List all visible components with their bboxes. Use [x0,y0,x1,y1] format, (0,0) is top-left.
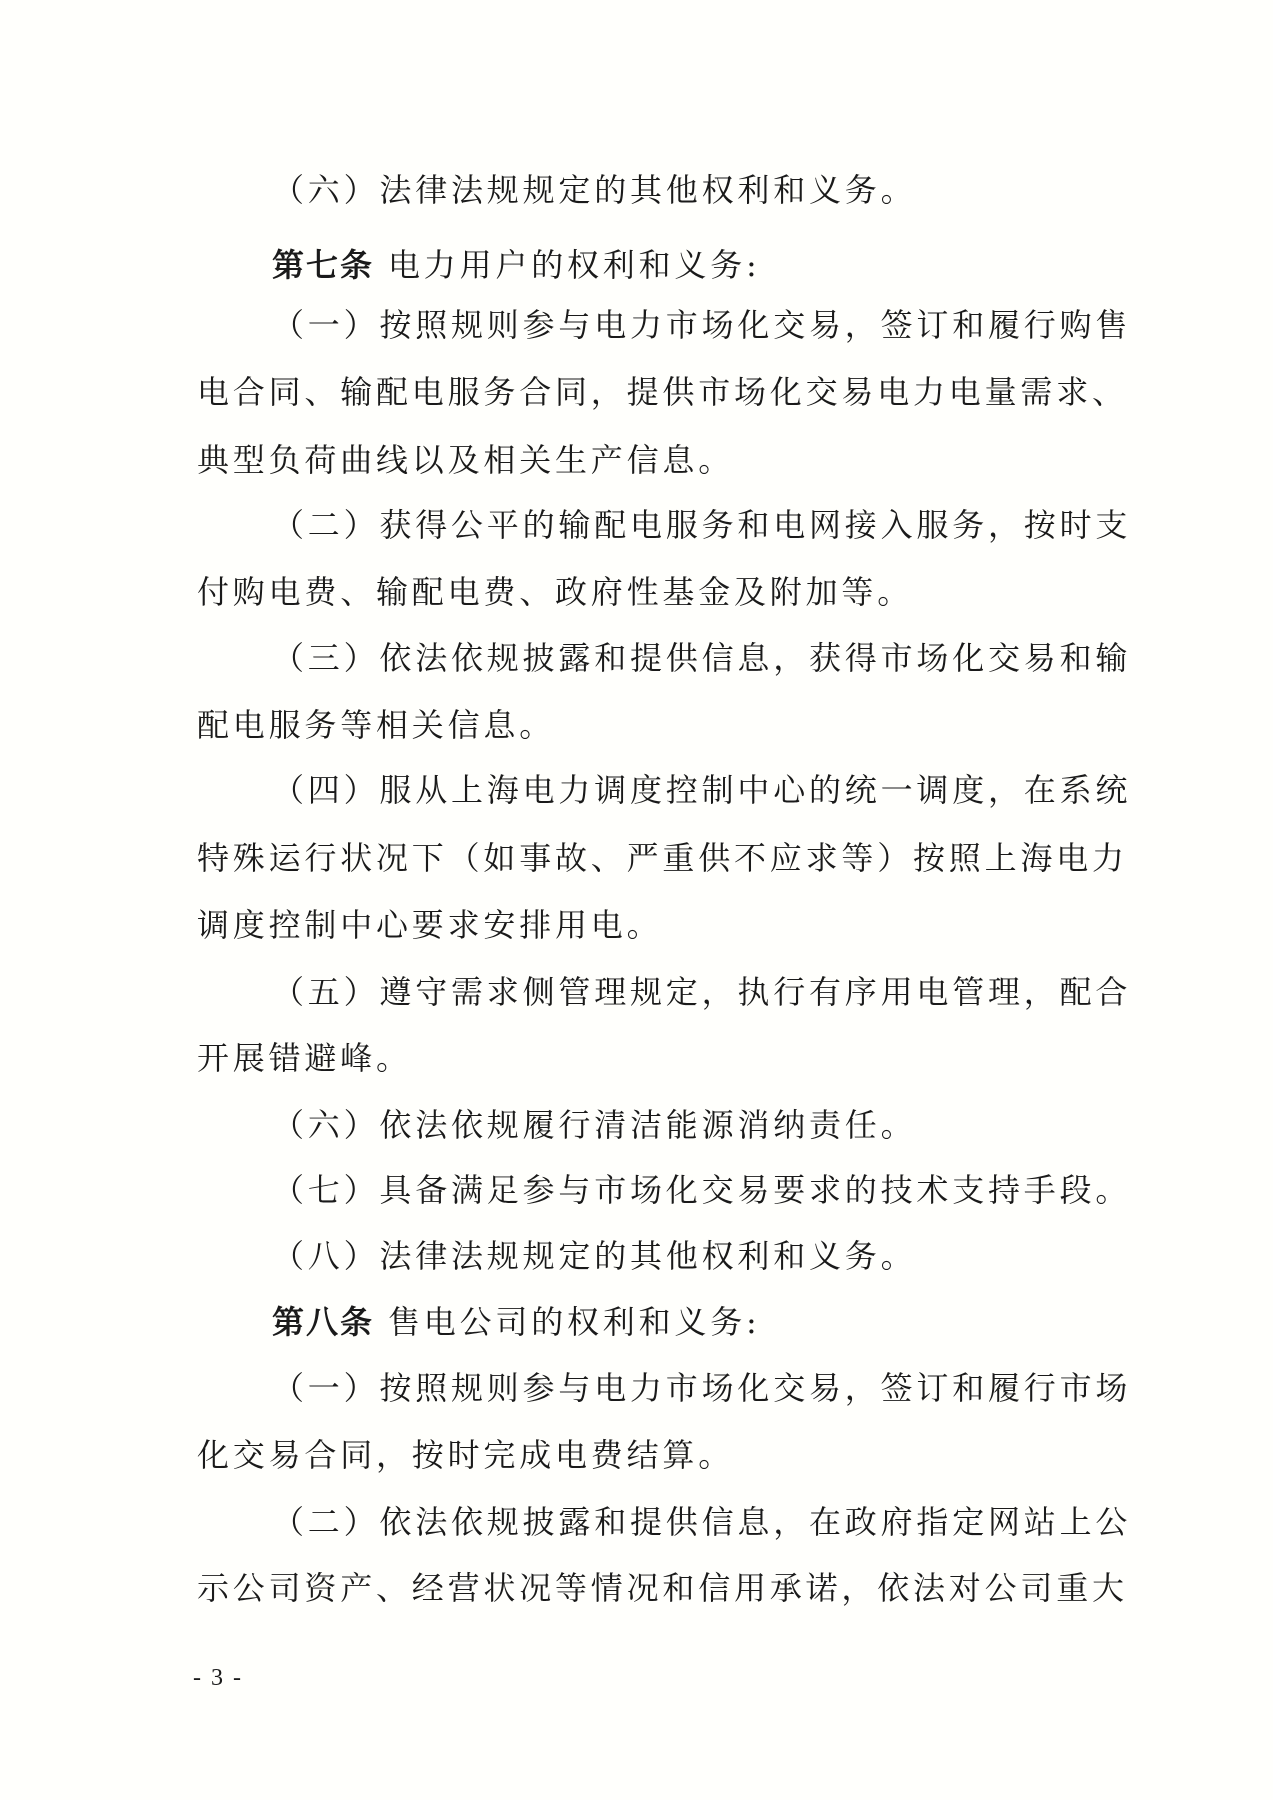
line-text: 付购电费、输配电费、政府性基金及附加等。 [197,573,913,611]
text-line: 付购电费、输配电费、政府性基金及附加等。 [197,572,1090,612]
line-text: （一）按照规则参与电力市场化交易，签订和履行市场 [272,1369,1131,1407]
line-text: 开展错避峰。 [197,1039,412,1077]
line-text: 调度控制中心要求安排用电。 [197,906,662,944]
text-line: 调度控制中心要求安排用电。 [197,905,1090,945]
text-line: （四）服从上海电力调度控制中心的统一调度，在系统 [272,770,1090,810]
text-line: 开展错避峰。 [197,1038,1090,1078]
line-text: （一）按照规则参与电力市场化交易，签订和履行购售 [272,306,1131,344]
line-text: 化交易合同，按时完成电费结算。 [197,1436,734,1474]
line-text: （六）依法依规履行清洁能源消纳责任。 [272,1106,916,1144]
article-number: 第七条 [272,246,374,284]
article-number: 第八条 [272,1303,374,1341]
document-page: （六）法律法规规定的其他权利和义务。 第七条 电力用户的权利和义务: （一）按照… [0,0,1273,1800]
line-text: 特殊运行状况下（如事故、严重供不应求等）按照上海电力 [197,839,1128,877]
text-line: （六）法律法规规定的其他权利和义务。 [272,170,1090,210]
text-line: （一）按照规则参与电力市场化交易，签订和履行购售 [272,305,1090,345]
line-text: （三）依法依规披露和提供信息，获得市场化交易和输 [272,639,1131,677]
text-line: （二）获得公平的输配电服务和电网接入服务，按时支 [272,505,1090,545]
article-heading: 第七条 电力用户的权利和义务: [272,245,1090,285]
page-number: - 3 - [193,1665,243,1692]
line-text: （七）具备满足参与市场化交易要求的技术支持手段。 [272,1171,1131,1209]
line-text: 示公司资产、经营状况等情况和信用承诺，依法对公司重大 [197,1569,1128,1607]
article-title: 电力用户的权利和义务: [374,246,761,284]
text-line: （五）遵守需求侧管理规定，执行有序用电管理，配合 [272,972,1090,1012]
text-line: 电合同、输配电服务合同，提供市场化交易电力电量需求、 [197,372,1090,412]
text-line: （八）法律法规规定的其他权利和义务。 [272,1236,1090,1276]
line-text: （六）法律法规规定的其他权利和义务。 [272,171,916,209]
text-line: 化交易合同，按时完成电费结算。 [197,1435,1090,1475]
text-line: 示公司资产、经营状况等情况和信用承诺，依法对公司重大 [197,1568,1090,1608]
line-text: （八）法律法规规定的其他权利和义务。 [272,1237,916,1275]
text-line: 特殊运行状况下（如事故、严重供不应求等）按照上海电力 [197,838,1090,878]
article-title: 售电公司的权利和义务: [374,1303,761,1341]
line-text: （二）依法依规披露和提供信息，在政府指定网站上公 [272,1503,1131,1541]
line-text: 电合同、输配电服务合同，提供市场化交易电力电量需求、 [197,373,1128,411]
text-line: （一）按照规则参与电力市场化交易，签订和履行市场 [272,1368,1090,1408]
text-line: （七）具备满足参与市场化交易要求的技术支持手段。 [272,1170,1090,1210]
article-heading: 第八条 售电公司的权利和义务: [272,1302,1090,1342]
line-text: （五）遵守需求侧管理规定，执行有序用电管理，配合 [272,973,1131,1011]
line-text: （二）获得公平的输配电服务和电网接入服务，按时支 [272,506,1131,544]
text-line: （六）依法依规履行清洁能源消纳责任。 [272,1105,1090,1145]
text-line: 典型负荷曲线以及相关生产信息。 [197,440,1090,480]
text-line: 配电服务等相关信息。 [197,705,1090,745]
text-line: （三）依法依规披露和提供信息，获得市场化交易和输 [272,638,1090,678]
line-text: （四）服从上海电力调度控制中心的统一调度，在系统 [272,771,1131,809]
line-text: 配电服务等相关信息。 [197,706,555,744]
text-line: （二）依法依规披露和提供信息，在政府指定网站上公 [272,1502,1090,1542]
line-text: 典型负荷曲线以及相关生产信息。 [197,441,734,479]
